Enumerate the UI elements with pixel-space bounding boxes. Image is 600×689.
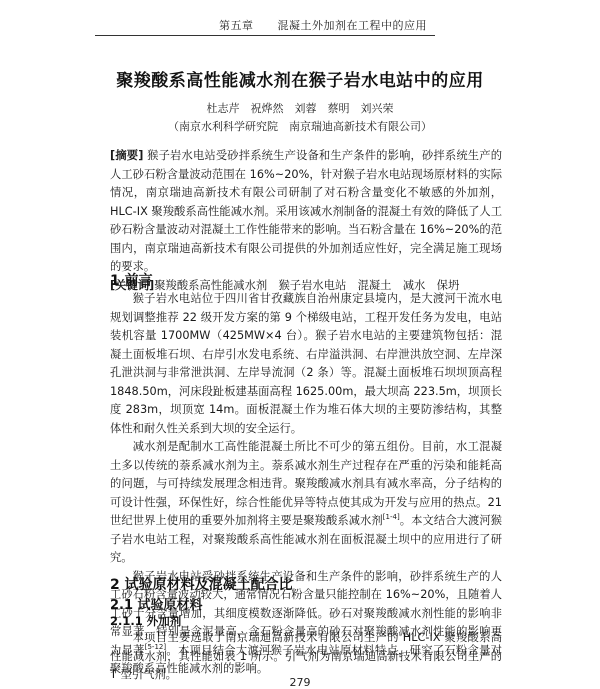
header-rule: [95, 35, 435, 36]
abstract-text: 猴子岩水电站受砂拌系统生产设备和生产条件的影响，砂拌系统生产的人工砂石粉含量波动…: [110, 149, 502, 273]
abstract: [摘要] 猴子岩水电站受砂拌系统生产设备和生产条件的影响，砂拌系统生产的人工砂石…: [110, 147, 502, 277]
page-number: 279: [0, 676, 600, 689]
running-header: 第五章 混凝土外加剂在工程中的应用: [95, 14, 435, 36]
abstract-label: [摘要]: [110, 149, 143, 162]
authors: 杜志芹 祝烨然 刘蓉 蔡明 刘兴荣: [0, 100, 600, 116]
subsection-2-1-heading: 2.1 试验原材料: [110, 594, 203, 613]
running-header-text: 第五章 混凝土外加剂在工程中的应用: [219, 17, 427, 33]
paragraph: 减水剂是配制水工高性能混凝土所比不可少的第五组份。目前，水工混凝土多以传统的萘系…: [110, 438, 502, 568]
abstract-block: [摘要] 猴子岩水电站受砂拌系统生产设备和生产条件的影响，砂拌系统生产的人工砂石…: [110, 147, 502, 295]
section-1-heading: 1 前言: [110, 270, 153, 290]
paragraph: 猴子岩水电站位于四川省甘孜藏族自治州康定县境内，是大渡河干流水电规划调整推荐 2…: [110, 290, 502, 438]
header-section: 混凝土外加剂在工程中的应用: [277, 19, 427, 32]
subsection-2-1-1-heading: 2.1.1 外加剂: [110, 613, 181, 629]
paper-title: 聚羧酸系高性能减水剂在猴子岩水电站中的应用: [0, 66, 600, 91]
header-chapter: 第五章: [219, 19, 254, 32]
citation: [1-4]: [383, 513, 400, 521]
section-2-heading: 2 试验原材料及混凝土配合比: [110, 574, 293, 594]
affiliation: （南京水利科学研究院 南京瑞迪高新技术有限公司）: [0, 118, 600, 134]
